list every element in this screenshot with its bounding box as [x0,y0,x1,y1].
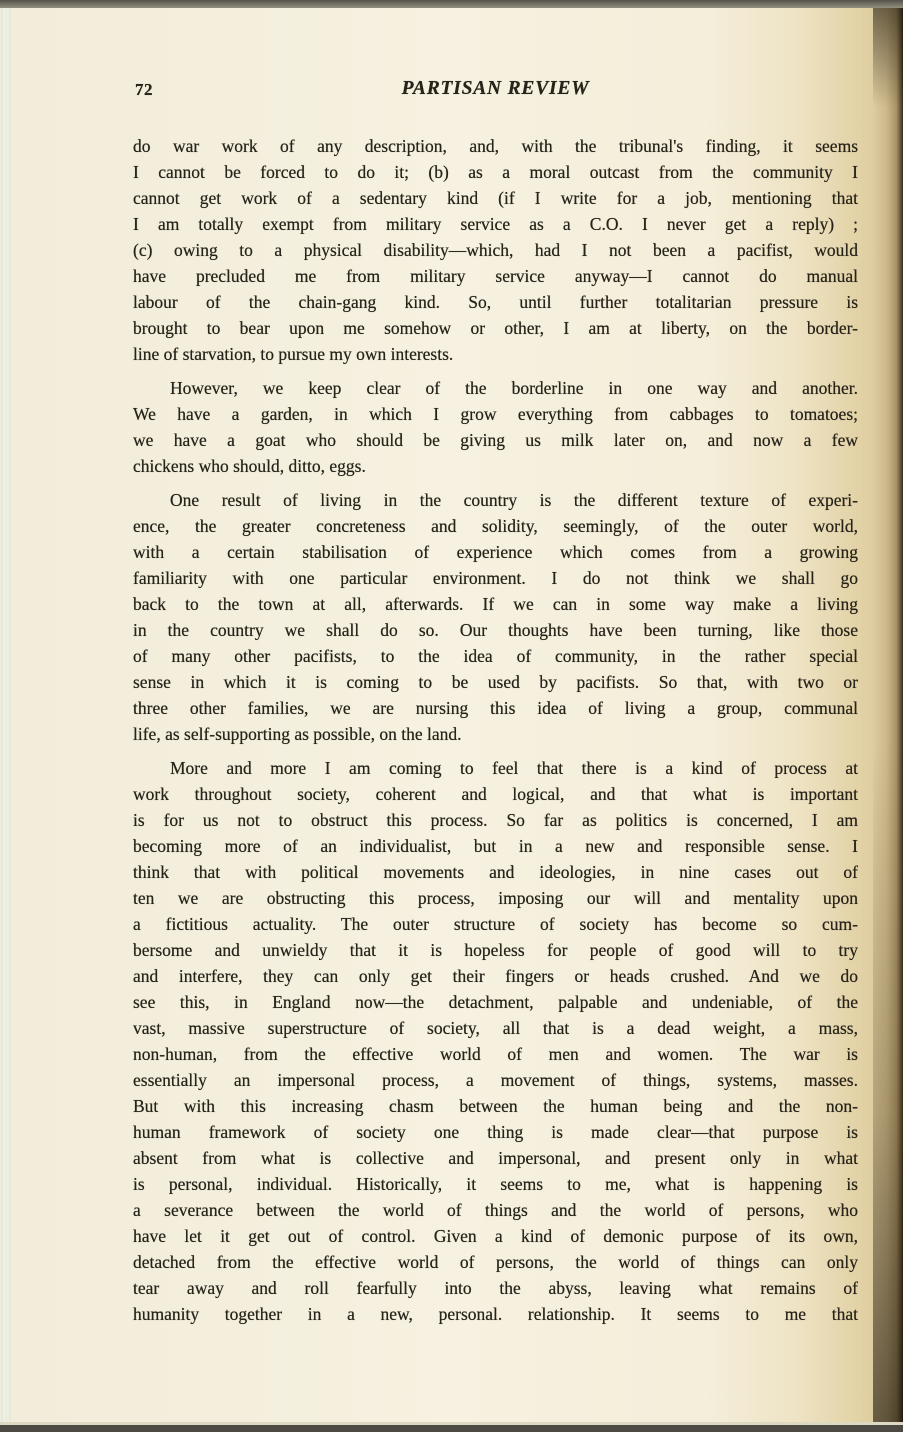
text-line: human framework of society one thing is … [133,1119,858,1145]
text-line: three other families, we are nursing thi… [133,695,858,721]
text-line: of many other pacifists, to the idea of … [133,643,858,669]
text-line: vast, massive superstructure of society,… [133,1015,858,1041]
scan-top-edge [0,0,903,8]
text-line: non-human, from the effective world of m… [133,1041,858,1067]
text-line: ten we are obstructing this process, imp… [133,885,858,911]
text-line: is for us not to obstruct this process. … [133,807,858,833]
text-line: see this, in England now—the detachment,… [133,989,858,1015]
text-line: with a certain stabilisation of experien… [133,539,858,565]
paragraph: More and more I am coming to feel that t… [133,755,858,1327]
book-page-edges-left [0,8,11,1425]
text-line: and interfere, they can only get their f… [133,963,858,989]
running-head: 72 PARTISAN REVIEW [133,78,858,104]
scan-bottom-edge [0,1425,903,1432]
text-line: We have a garden, in which I grow everyt… [133,401,858,427]
text-line: brought to bear upon me somehow or other… [133,315,858,341]
text-line: line of starvation, to pursue my own int… [133,341,858,367]
page-number: 72 [135,80,153,100]
text-line: in the country we shall do so. Our thoug… [133,617,858,643]
text-line: essentially an impersonal process, a mov… [133,1067,858,1093]
paragraph: One result of living in the country is t… [133,487,858,747]
text-line: we have a goat who should be giving us m… [133,427,858,453]
text-line: One result of living in the country is t… [133,487,858,513]
text-line: have let it get out of control. Given a … [133,1223,858,1249]
text-line: detached from the effective world of per… [133,1249,858,1275]
text-line: life, as self-supporting as possible, on… [133,721,858,747]
page-content: 72 PARTISAN REVIEW do war work of any de… [133,78,858,1327]
text-line: labour of the chain-gang kind. So, until… [133,289,858,315]
text-line: bersome and unwieldy that it is hopeless… [133,937,858,963]
paragraph: However, we keep clear of the borderline… [133,375,858,479]
text-line: work throughout society, coherent and lo… [133,781,858,807]
text-line: is personal, individual. Historically, i… [133,1171,858,1197]
text-line: tear away and roll fearfully into the ab… [133,1275,858,1301]
text-line: think that with political movements and … [133,859,858,885]
text-line: familiarity with one particular environm… [133,565,858,591]
text-line: (c) owing to a physical disability—which… [133,237,858,263]
text-line: humanity together in a new, personal. re… [133,1301,858,1327]
text-line: I am totally exempt from military servic… [133,211,858,237]
text-line: cannot get work of a sedentary kind (if … [133,185,858,211]
text-line: do war work of any description, and, wit… [133,133,858,159]
text-line: ence, the greater concreteness and solid… [133,513,858,539]
text-line: I cannot be forced to do it; (b) as a mo… [133,159,858,185]
text-line: sense in which it is coming to be used b… [133,669,858,695]
text-line: a severance between the world of things … [133,1197,858,1223]
text-line: a fictitious actuality. The outer struct… [133,911,858,937]
book-gutter-shadow [873,8,903,1425]
page-body-text: do war work of any description, and, wit… [133,133,858,1327]
text-line: chickens who should, ditto, eggs. [133,453,858,479]
text-line: back to the town at all, afterwards. If … [133,591,858,617]
text-line: However, we keep clear of the borderline… [133,375,858,401]
text-line: More and more I am coming to feel that t… [133,755,858,781]
text-line: becoming more of an individualist, but i… [133,833,858,859]
text-line: But with this increasing chasm between t… [133,1093,858,1119]
journal-title: PARTISAN REVIEW [402,78,590,99]
text-line: have precluded me from military service … [133,263,858,289]
text-line: absent from what is collective and imper… [133,1145,858,1171]
paragraph: do war work of any description, and, wit… [133,133,858,367]
